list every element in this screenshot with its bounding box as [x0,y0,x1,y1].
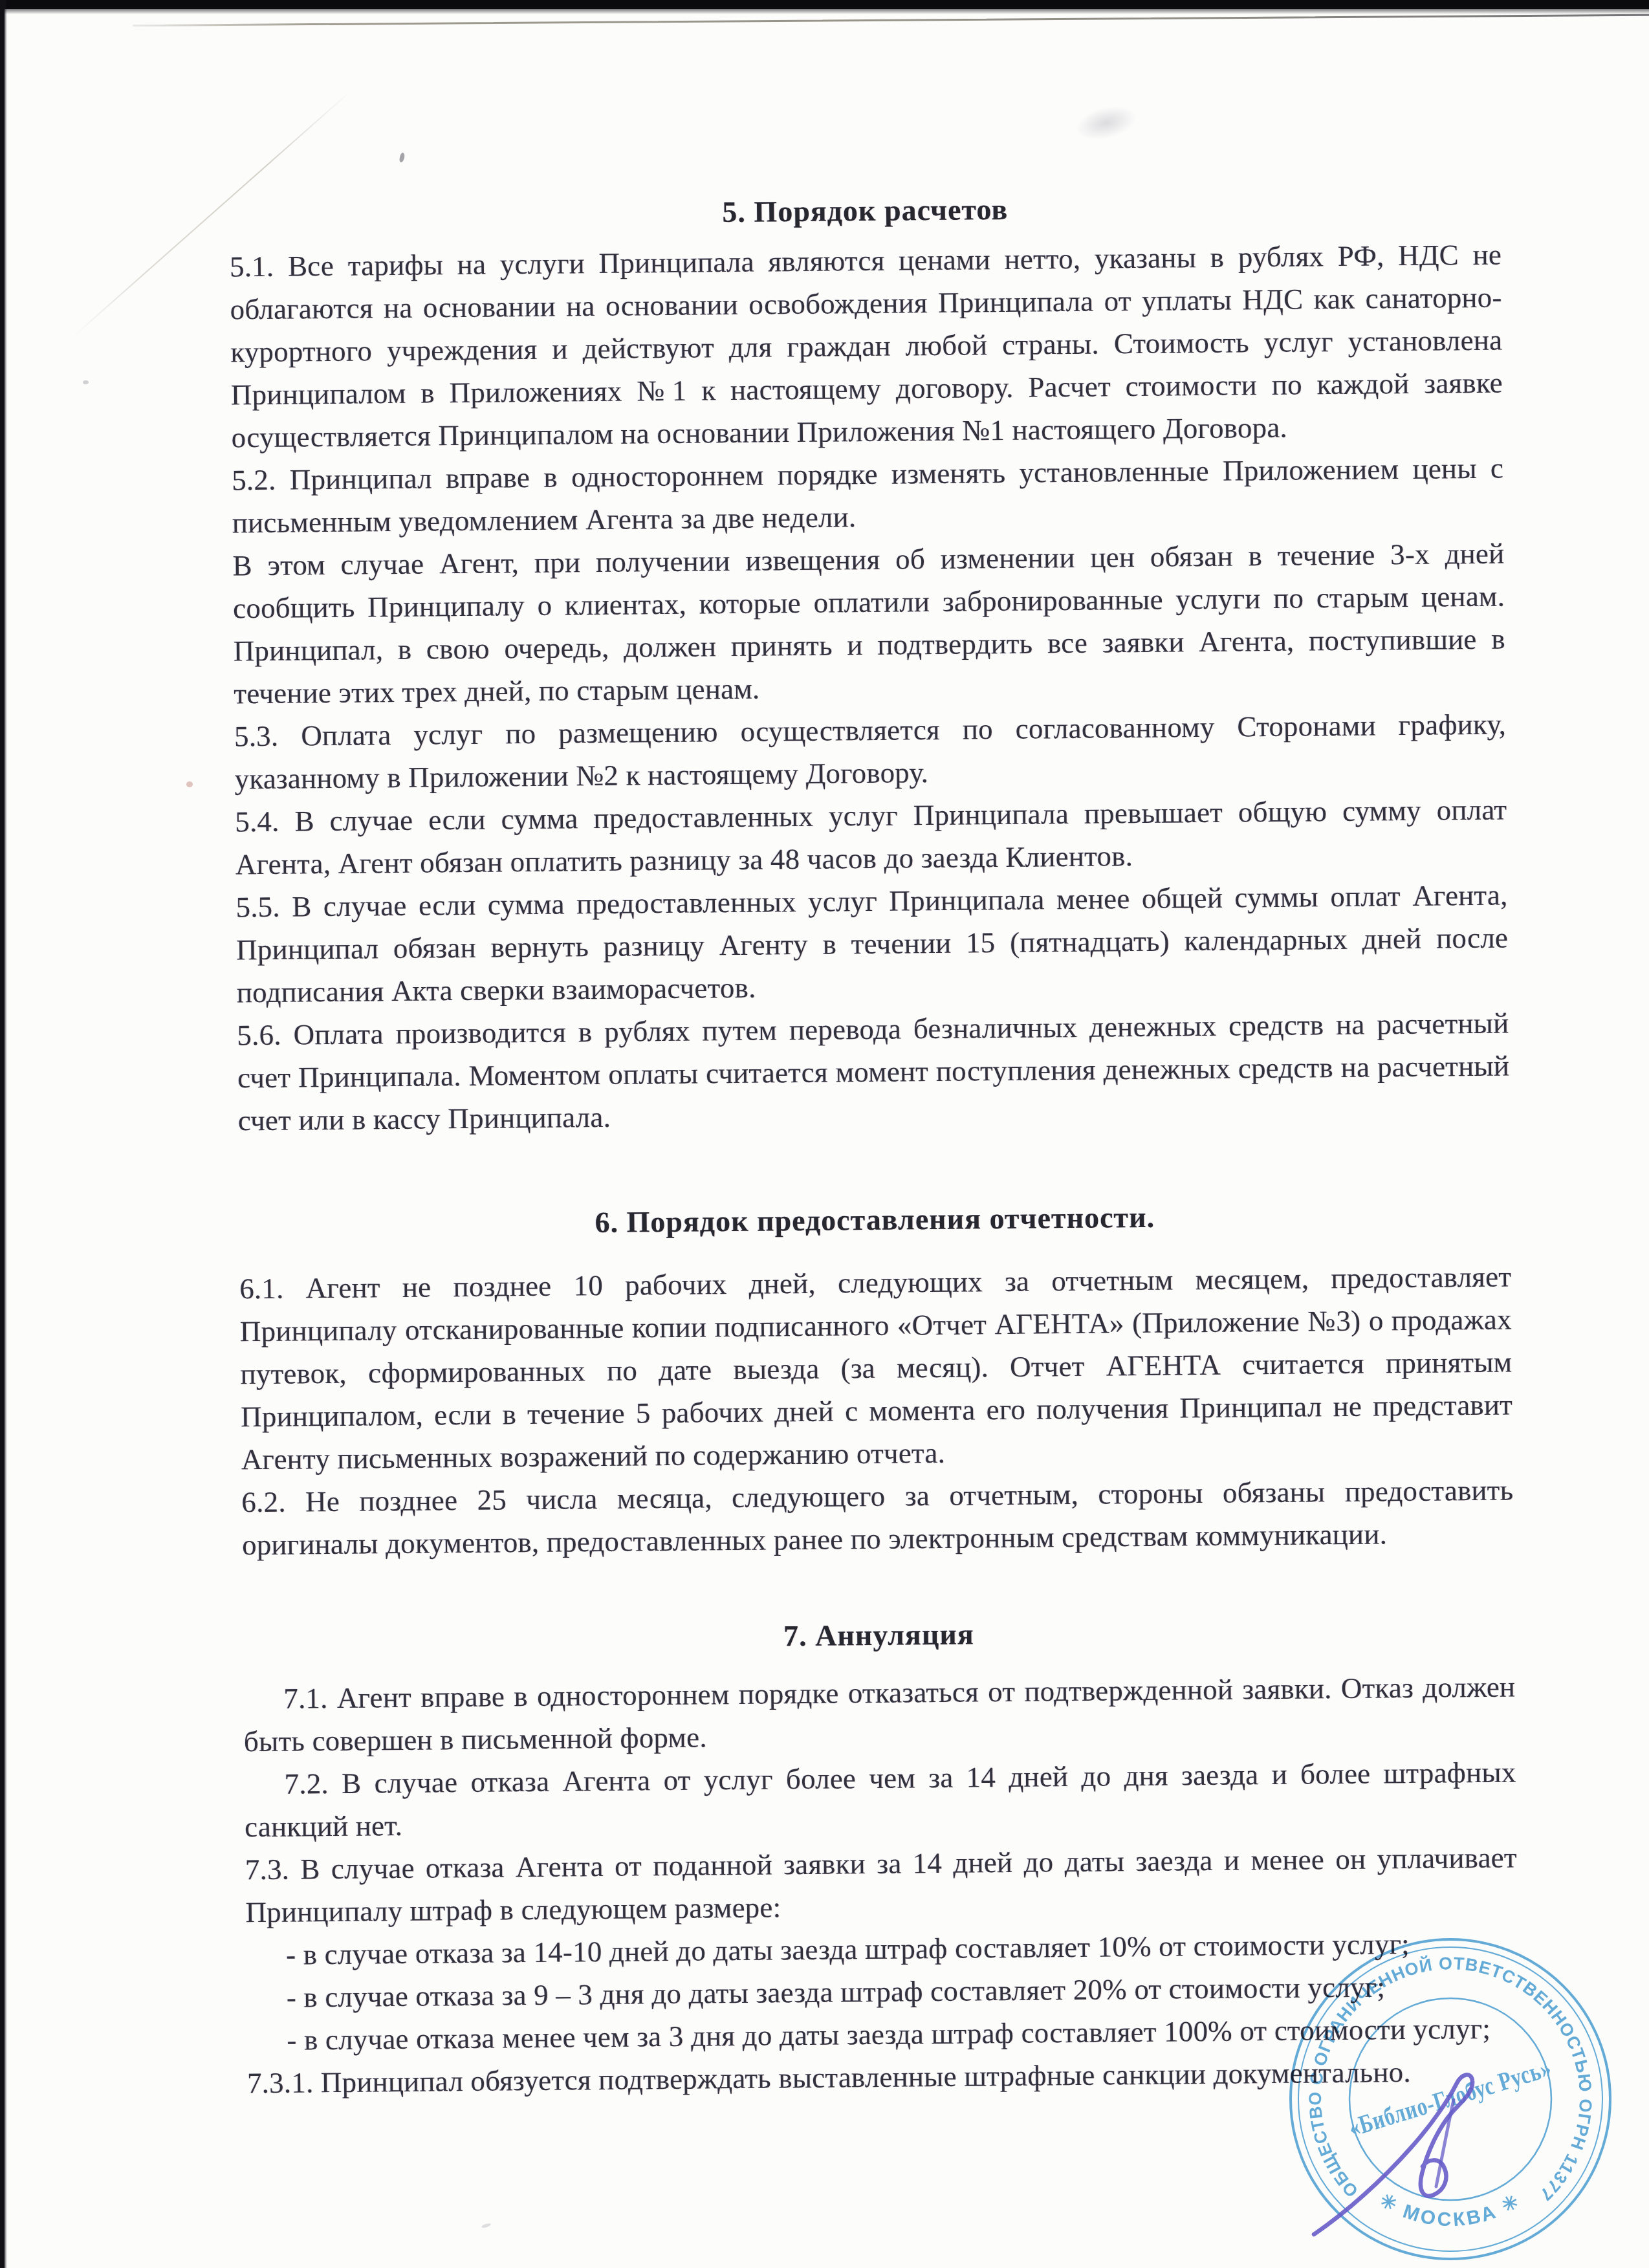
para-6-1: 6.1. Агент не позднее 10 рабочих дней, с… [239,1255,1513,1481]
company-stamp: ОБЩЕСТВО С ОГРАНИЧЕННОЙ ОТВЕТСТВЕННОСТЬЮ… [1284,1933,1617,2266]
para-7-1: 7.1. Агент вправе в одностороннем порядк… [243,1665,1516,1763]
stamp-graphic: ОБЩЕСТВО С ОГРАНИЧЕННОЙ ОТВЕТСТВЕННОСТЬЮ… [1284,1933,1617,2266]
scanner-bed-top-edge [0,0,1649,9]
para-5-2: 5.2. Принципал вправе в одностороннем по… [232,447,1504,545]
dust-speck [186,781,193,787]
para-7-2: 7.2. В случае отказа Агента от услуг бол… [244,1750,1516,1848]
dust-speck [83,380,89,384]
dust-speck [481,2223,492,2229]
para-5-3: 5.3. Оплата услуг по размещению осуществ… [234,703,1507,801]
scanner-bed-top-shadow [0,9,1649,14]
para-7-3: 7.3. В случае отказа Агента от поданной … [245,1836,1518,1934]
scanned-page: { "document": { "sections": [ { "title":… [0,0,1649,2268]
stamp-city-text: ✳ МОСКВА ✳ [1376,2189,1525,2230]
smudge-mark [1073,100,1141,146]
para-5-2-cont: В этом случае Агент, при получении извещ… [232,532,1505,715]
para-5-1: 5.1. Все тарифы на услуги Принципала явл… [230,234,1503,459]
paper-top-edge-line [133,14,1649,27]
section-5-title: 5. Порядок расчетов [229,186,1501,237]
section-6-title: 6. Порядок предоставления отчетности. [239,1194,1511,1245]
section-7-title: 7. Аннуляция [243,1609,1514,1661]
dust-speck [399,152,405,162]
para-5-6: 5.6. Оплата производится в рублях путем … [237,1002,1510,1142]
para-5-4: 5.4. В случае если сумма предоставленных… [235,789,1507,886]
para-6-2: 6.2. Не позднее 25 числа месяца, следующ… [241,1468,1514,1566]
scanner-bed-left-edge [0,0,7,2268]
contract-text-block: 5. Порядок расчетов 5.1. Все тарифы на у… [229,186,1519,2105]
para-5-5: 5.5. В случае если сумма предоставленных… [235,874,1509,1014]
